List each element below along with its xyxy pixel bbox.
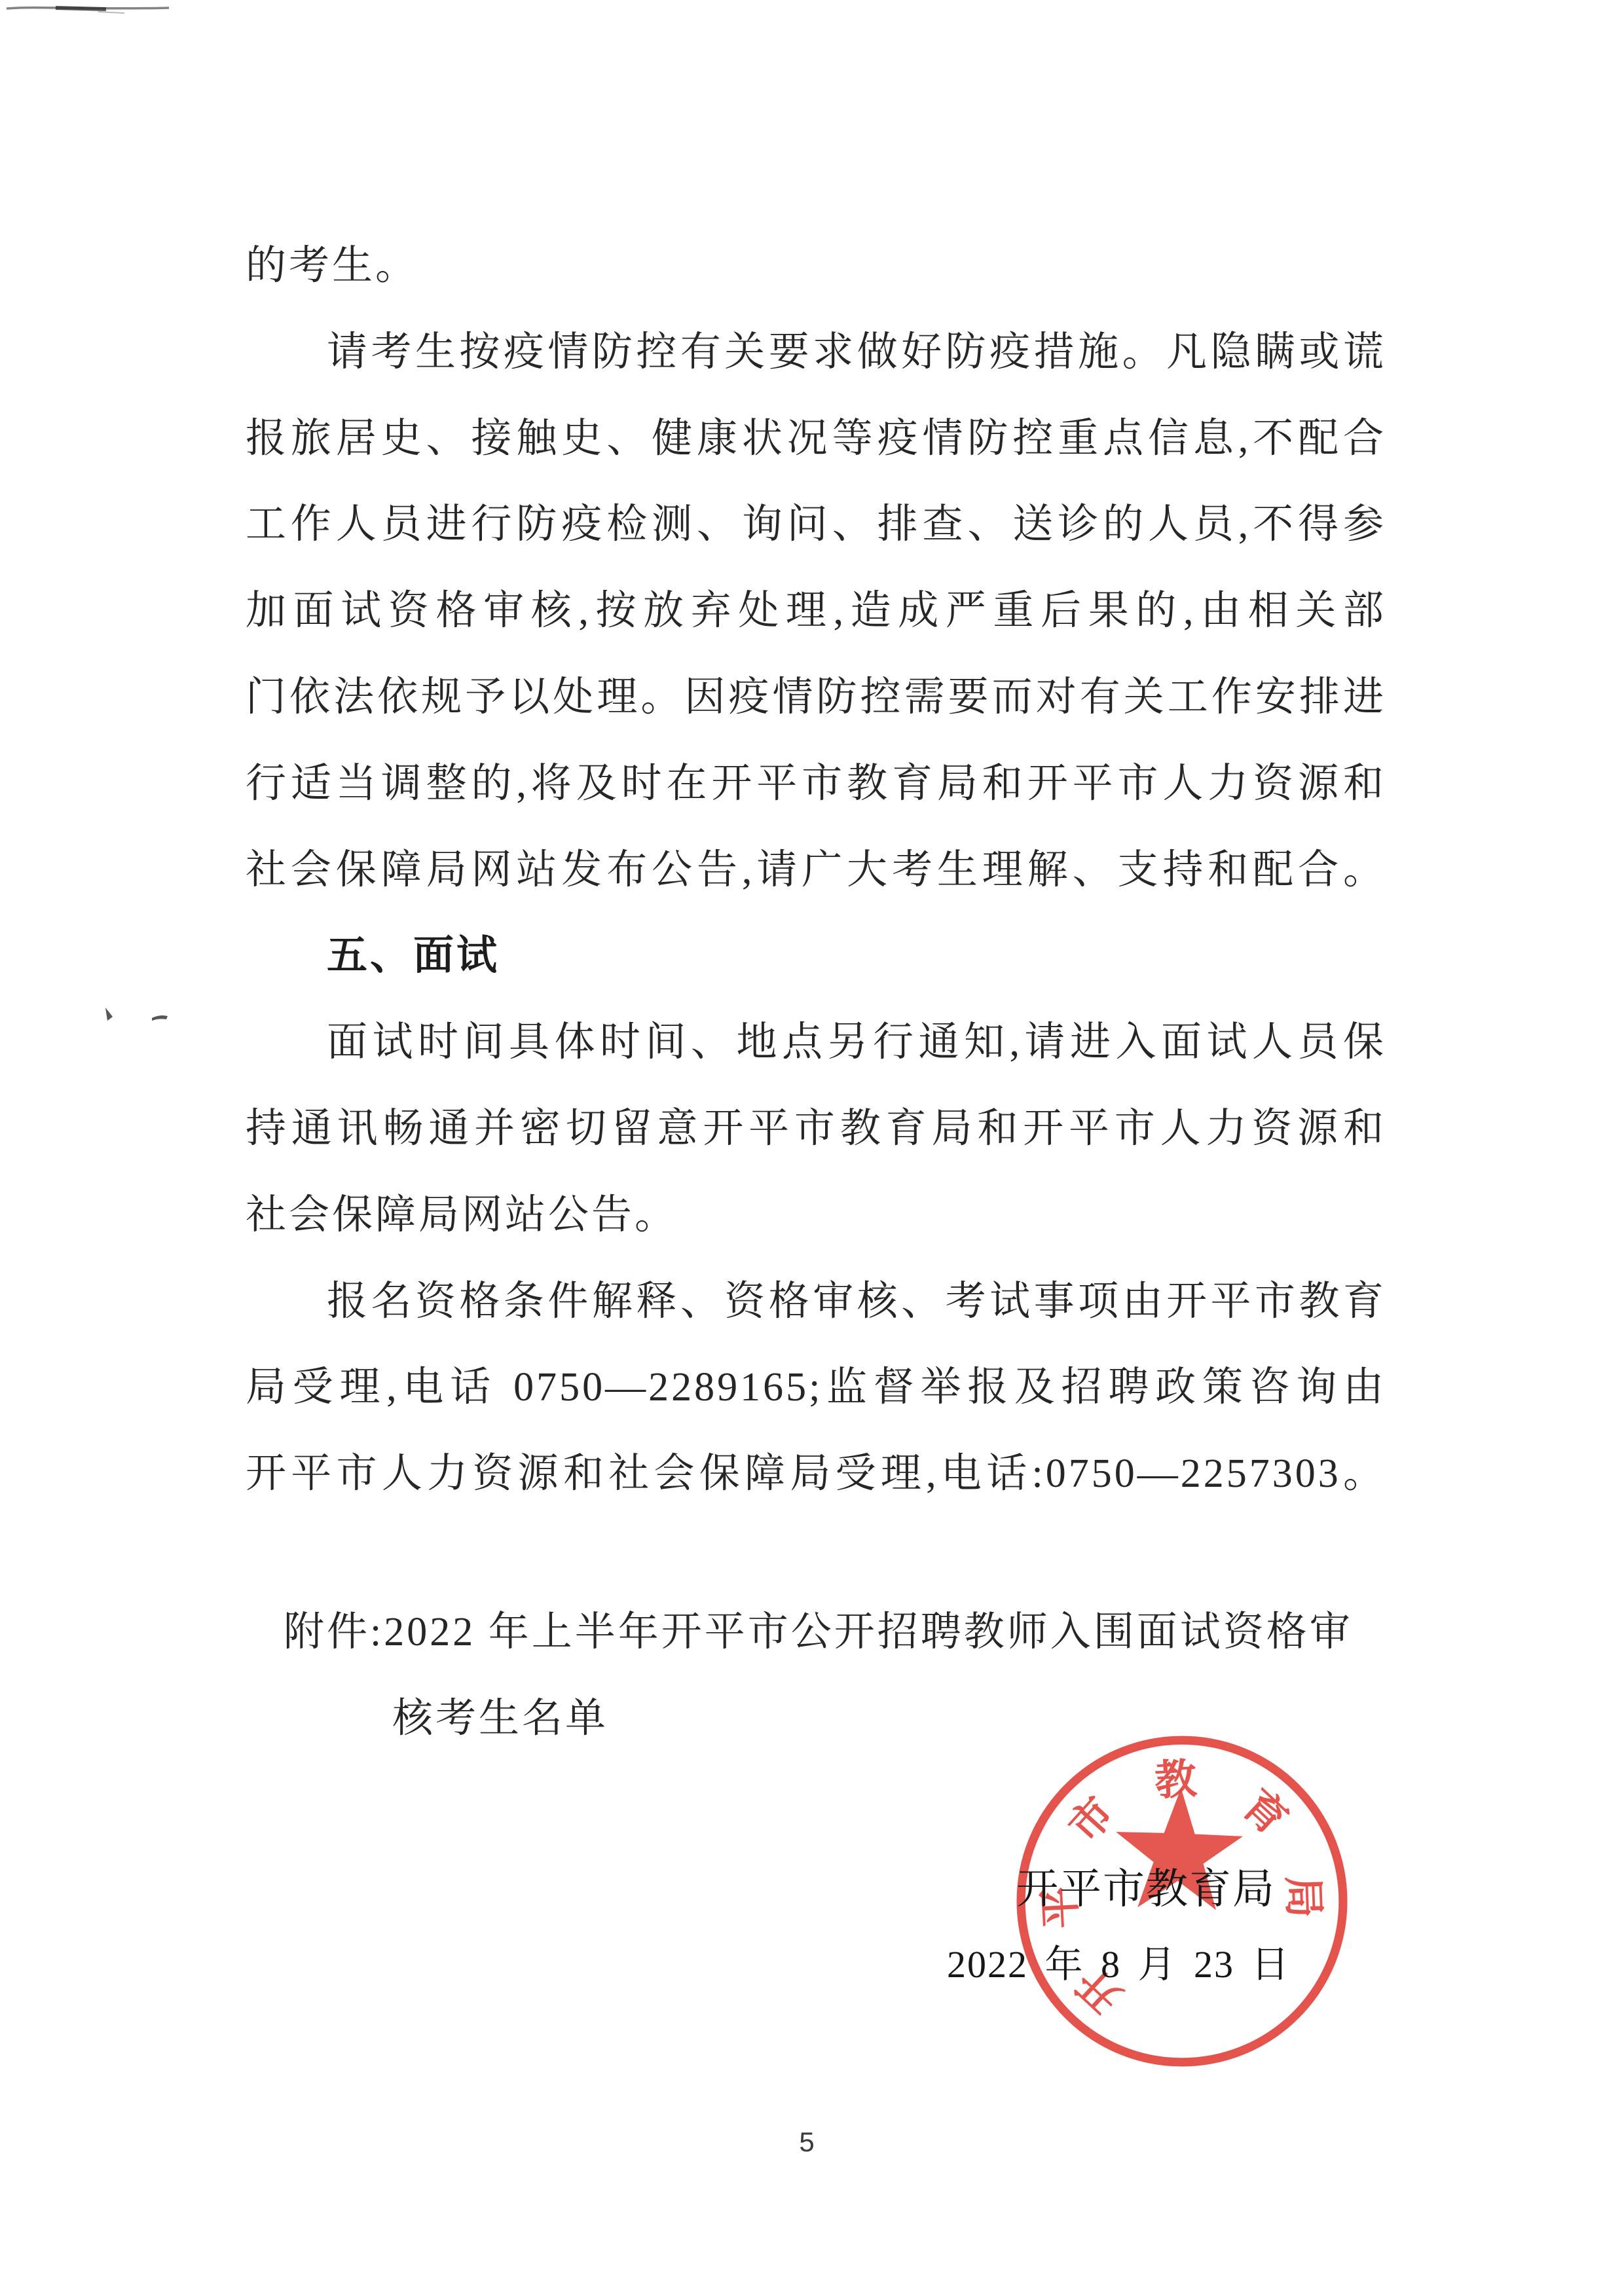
text-line: 行适当调整的,将及时在开平市教育局和开平市人力资源和 — [246, 741, 1386, 828]
text-line: 门依法依规予以处理。因疫情防控需要而对有关工作安排进 — [246, 655, 1386, 741]
seal-ring-char: 市 — [1060, 1789, 1123, 1851]
ink-marks-artifact — [92, 998, 183, 1038]
text-line: 社会保障局网站公告。 — [246, 1173, 1386, 1259]
attachment-line: 附件:2022 年上半年开平市公开招聘教师入围面试资格审 — [246, 1590, 1398, 1676]
seal-ring-char: 育 — [1234, 1781, 1296, 1844]
text-line: 局受理,电话 0750—2289165;监督举报及招聘政策咨询由 — [246, 1345, 1386, 1431]
text-line: 的考生。 — [246, 223, 1386, 310]
seal-ring-char: 局 — [1280, 1875, 1327, 1918]
document-page: 的考生。请考生按疫情防控有关要求做好防疫措施。凡隐瞒或谎报旅居史、接触史、健康状… — [0, 0, 1624, 2296]
text-line: 工作人员进行防疫检测、询问、排查、送诊的人员,不得参 — [246, 482, 1386, 568]
section-heading: 五、面试 — [246, 913, 1386, 1000]
page-number: 5 — [741, 2126, 872, 2158]
text-line: 请考生按疫情防控有关要求做好防疫措施。凡隐瞒或谎 — [246, 310, 1386, 396]
document-body: 的考生。请考生按疫情防控有关要求做好防疫措施。凡隐瞒或谎报旅居史、接触史、健康状… — [246, 223, 1386, 1518]
text-line: 社会保障局网站发布公告,请广大考生理解、支持和配合。 — [246, 828, 1386, 914]
seal-ring-char: 教 — [1153, 1756, 1198, 1804]
issue-date: 2022 年 8 月 23 日 — [947, 1946, 1291, 1984]
text-line: 报旅居史、接触史、健康状况等疫情防控重点信息,不配合 — [246, 396, 1386, 483]
text-line: 加面试资格审核,按放弃处理,造成严重后果的,由相关部 — [246, 568, 1386, 655]
text-line: 报名资格条件解释、资格审核、考试事项由开平市教育 — [246, 1259, 1386, 1345]
text-line: 面试时间具体时间、地点另行通知,请进入面试人员保 — [246, 1000, 1386, 1086]
scan-streak-artifact — [0, 0, 196, 26]
text-line: 持通讯畅通并密切留意开平市教育局和开平市人力资源和 — [246, 1086, 1386, 1173]
issuing-agency: 开平市教育局 — [1016, 1868, 1276, 1910]
text-line: 开平市人力资源和社会保障局受理,电话:0750—2257303。 — [246, 1431, 1386, 1518]
